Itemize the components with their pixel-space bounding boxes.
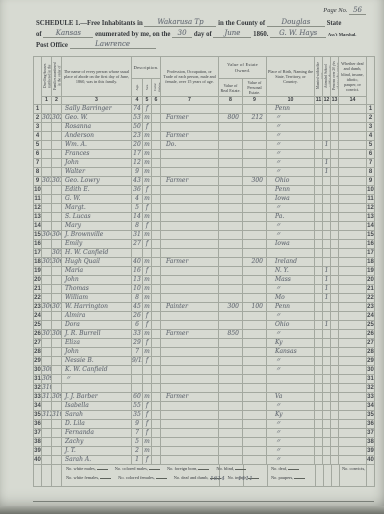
cell-cannot-read (331, 402, 339, 411)
cell-occupation: Painter (161, 303, 219, 312)
cell-birthplace: Penn (267, 303, 315, 312)
cell-occupation (161, 375, 219, 384)
cell-family-no (52, 276, 62, 285)
cell-cannot-read (331, 438, 339, 447)
cell-personal-estate (243, 105, 267, 114)
line-number: 23 (34, 303, 42, 312)
cell-cannot-read (331, 420, 339, 429)
cell-dwelling-no (42, 132, 52, 141)
cell-real-estate (219, 438, 243, 447)
col-header-cannot-read: Persons over 20 y'rs of age who cannot r… (331, 57, 339, 97)
cell-personal-estate (243, 195, 267, 204)
cell-sex: m (143, 438, 152, 447)
cell-age: 17 (132, 150, 143, 159)
cell-color (152, 123, 161, 132)
cell-cannot-read (331, 222, 339, 231)
cell-real-estate: 850 (219, 330, 243, 339)
cell-school (323, 231, 331, 240)
cell-dwelling-no (42, 429, 52, 438)
cell-family-no (52, 321, 62, 330)
cell-married (315, 411, 323, 420)
cell-married (315, 132, 323, 141)
cell-real-estate (219, 285, 243, 294)
cell-remarks (339, 240, 367, 249)
cell-family-no (52, 213, 62, 222)
cell-sex: m (143, 132, 152, 141)
table-row: 18 305 306 Hugh Quail 40 m Farmer 200 Ir… (34, 258, 375, 267)
cell-married (315, 339, 323, 348)
cell-birthplace: 〃 (267, 420, 315, 429)
table-row: 26 307 308 J. R. Burrell 33 m Farmer 850… (34, 330, 375, 339)
cell-sex: f (143, 456, 152, 465)
cell-personal-estate (243, 357, 267, 366)
cell-dwelling-no (42, 186, 52, 195)
cell-name: Zachy (62, 438, 132, 447)
column-number: 2 (52, 97, 62, 105)
line-number: 33 (34, 393, 42, 402)
col-header-school: Attended School within the year. (323, 57, 331, 97)
page-number-label: Page No. (323, 7, 347, 14)
cell-sex: m (143, 195, 152, 204)
line-number-right: 39 (367, 447, 375, 456)
page-number: Page No. 56 (323, 6, 366, 14)
cell-color (152, 447, 161, 456)
cell-personal-estate (243, 150, 267, 159)
cell-remarks (339, 339, 367, 348)
cell-birthplace: 〃 (267, 429, 315, 438)
cell-cannot-read (331, 294, 339, 303)
cell-dwelling-no (42, 168, 52, 177)
cell-cannot-read (331, 168, 339, 177)
cell-age: 13 (132, 276, 143, 285)
cell-dwelling-no (42, 294, 52, 303)
line-number-right: 12 (367, 204, 375, 213)
line-number: 22 (34, 294, 42, 303)
line-number-right: 15 (367, 231, 375, 240)
cell-married (315, 114, 323, 123)
cell-remarks (339, 177, 367, 186)
footer-stat: No. white females, (66, 475, 111, 480)
line-number: 17 (34, 249, 42, 258)
cell-color (152, 267, 161, 276)
cell-color (152, 159, 161, 168)
cell-occupation: Farmer (161, 177, 219, 186)
cell-birthplace: 〃 (267, 141, 315, 150)
cell-family-no (52, 186, 62, 195)
cell-age: 20 (132, 141, 143, 150)
line-number-right: 35 (367, 411, 375, 420)
cell-age: 10 (132, 285, 143, 294)
post-office-field: Lawrence (70, 40, 156, 49)
line-number: 16 (34, 240, 42, 249)
cell-dwelling-no: 312 (42, 411, 52, 420)
line-number-right: 27 (367, 339, 375, 348)
cell-real-estate (219, 348, 243, 357)
cell-married (315, 312, 323, 321)
cell-occupation (161, 240, 219, 249)
cell-color (152, 222, 161, 231)
cell-sex: f (143, 240, 152, 249)
cell-name: K. W. Canfield (62, 366, 132, 375)
cell-cannot-read (331, 258, 339, 267)
cell-cannot-read (331, 195, 339, 204)
cell-real-estate (219, 249, 243, 258)
cell-name: Eliza (62, 339, 132, 348)
cell-personal-estate (243, 339, 267, 348)
cell-married (315, 240, 323, 249)
cell-sex: m (143, 330, 152, 339)
cell-married (315, 348, 323, 357)
column-number: 1 (42, 97, 52, 105)
cell-remarks (339, 312, 367, 321)
line-number: 21 (34, 285, 42, 294)
census-table: Dwelling-houses numbered in the order of… (33, 56, 375, 487)
cell-sex: m (143, 348, 152, 357)
footer-row: No. white males,No. colored males,No. fo… (34, 465, 375, 487)
table-row: 13 S. Lucas 14 m Pa. 13 (34, 213, 375, 222)
cell-remarks (339, 132, 367, 141)
cell-remarks (339, 204, 367, 213)
cell-name: H. W. Canfield (62, 249, 132, 258)
column-number: 8 (219, 97, 243, 105)
cell-age: 29 (132, 339, 143, 348)
cell-color (152, 132, 161, 141)
table-row: 21 Thomas 10 m 〃 1 21 (34, 285, 375, 294)
line-number-header-left (34, 57, 42, 105)
cell-married (315, 276, 323, 285)
cell-family-no (52, 150, 62, 159)
cell-birthplace: Penn (267, 105, 315, 114)
cell-color (152, 150, 161, 159)
cell-married (315, 168, 323, 177)
cell-birthplace: Ky (267, 411, 315, 420)
cell-cannot-read (331, 105, 339, 114)
cell-color (152, 168, 161, 177)
table-row: 3 Rosanna 50 f 〃 3 (34, 123, 375, 132)
line-number-right: 14 (367, 222, 375, 231)
cell-occupation (161, 312, 219, 321)
cell-name: Frances (62, 150, 132, 159)
cell-birthplace (267, 384, 315, 393)
cell-remarks (339, 447, 367, 456)
cell-cannot-read (331, 141, 339, 150)
cell-remarks (339, 303, 367, 312)
cell-dwelling-no: 310 (42, 384, 52, 393)
cell-color (152, 114, 161, 123)
cell-personal-estate (243, 168, 267, 177)
cell-sex: m (143, 177, 152, 186)
col-header-real-estate: Value of Real Estate. (219, 79, 243, 97)
cell-dwelling-no (42, 123, 52, 132)
cell-cannot-read (331, 177, 339, 186)
table-row: 36 D. Lila 9 f 〃 36 (34, 420, 375, 429)
enumerated-label: enumerated by me, on the (95, 31, 170, 38)
col-header-personal-estate: Value of Personal Estate. (243, 79, 267, 97)
line-number: 24 (34, 312, 42, 321)
cell-age: 14 (132, 213, 143, 222)
cell-dwelling-no: 311 (42, 393, 52, 402)
cell-sex: f (143, 222, 152, 231)
cell-occupation (161, 213, 219, 222)
cell-age: 23 (132, 132, 143, 141)
table-row: 39 J. T. 2 m 〃 39 (34, 447, 375, 456)
cell-sex: f (143, 420, 152, 429)
cell-occupation (161, 294, 219, 303)
column-number: 3 (62, 97, 132, 105)
cell-age: 16 (132, 267, 143, 276)
cell-birthplace: 〃 (267, 150, 315, 159)
cell-birthplace: 〃 (267, 456, 315, 465)
cell-age: 60 (132, 393, 143, 402)
table-row: 33 311 309 J. J. Barber 60 m Farmer Va 3… (34, 393, 375, 402)
cell-occupation (161, 438, 219, 447)
cell-birthplace: Iowa (267, 195, 315, 204)
cell-remarks (339, 249, 367, 258)
census-rows: 1 Sally Barringer 74 f Penn 1 2 302 302 … (34, 105, 375, 465)
line-number-right: 19 (367, 267, 375, 276)
cell-occupation (161, 357, 219, 366)
cell-birthplace: Ohio (267, 321, 315, 330)
cell-birthplace: 〃 (267, 159, 315, 168)
cell-birthplace: Iowa (267, 240, 315, 249)
col-header-remarks: Whether deaf and dumb, blind, insane, id… (339, 57, 367, 97)
cell-dwelling-no: 307 (42, 330, 52, 339)
cell-cannot-read (331, 456, 339, 465)
of-label: of (36, 31, 42, 38)
line-number-right: 21 (367, 285, 375, 294)
line-number: 13 (34, 213, 42, 222)
line-number: 40 (34, 456, 42, 465)
cell-name: Emily (62, 240, 132, 249)
cell-cannot-read (331, 375, 339, 384)
cell-color (152, 186, 161, 195)
cell-color (152, 375, 161, 384)
cell-school (323, 375, 331, 384)
line-number: 2 (34, 114, 42, 123)
cell-real-estate (219, 456, 243, 465)
footer-total: 1614 (210, 476, 225, 482)
cell-birthplace (267, 249, 315, 258)
cell-family-no: 305 (52, 249, 62, 258)
line-number-right: 37 (367, 429, 375, 438)
cell-cannot-read (331, 447, 339, 456)
line-number-right: 30 (367, 366, 375, 375)
cell-real-estate (219, 393, 243, 402)
footer-blank (42, 465, 52, 487)
cell-remarks (339, 411, 367, 420)
cell-sex: m (143, 294, 152, 303)
cell-family-no: 304 (52, 231, 62, 240)
cell-real-estate (219, 240, 243, 249)
cell-dwelling-no (42, 438, 52, 447)
cell-sex: f (143, 411, 152, 420)
line-number: 29 (34, 357, 42, 366)
page-number-value: 56 (349, 6, 366, 15)
line-number-right: 24 (367, 312, 375, 321)
cell-occupation: Farmer (161, 258, 219, 267)
cell-married (315, 141, 323, 150)
line-number: 15 (34, 231, 42, 240)
cell-married (315, 330, 323, 339)
table-row: 23 306 307 W. Harrington 45 m Painter 30… (34, 303, 375, 312)
line-number-right: 13 (367, 213, 375, 222)
col-header-dwelling: Dwelling-houses numbered in the order of… (42, 57, 52, 97)
month-field: June (213, 29, 251, 38)
line-number-right: 34 (367, 402, 375, 411)
cell-color (152, 285, 161, 294)
cell-dwelling-no (42, 222, 52, 231)
cell-birthplace: Va (267, 393, 315, 402)
cell-remarks (339, 105, 367, 114)
cell-school (323, 357, 331, 366)
cell-age: 35 (132, 411, 143, 420)
table-row: 25 Dora 6 f Ohio 1 25 (34, 321, 375, 330)
cell-school (323, 393, 331, 402)
cell-occupation (161, 339, 219, 348)
footer-stat: No. blind, (216, 466, 246, 471)
cell-birthplace: Mo (267, 294, 315, 303)
cell-cannot-read (331, 285, 339, 294)
cell-sex: f (143, 267, 152, 276)
cell-age: 9 (132, 420, 143, 429)
cell-remarks (339, 141, 367, 150)
cell-married (315, 123, 323, 132)
cell-family-no (52, 375, 62, 384)
cell-personal-estate (243, 375, 267, 384)
cell-family-no (52, 420, 62, 429)
footer-stat: No. colored males, (115, 466, 160, 471)
line-number: 27 (34, 339, 42, 348)
cell-dwelling-no (42, 159, 52, 168)
line-number-right: 23 (367, 303, 375, 312)
line-number-right: 29 (367, 357, 375, 366)
cell-remarks (339, 402, 367, 411)
cell-sex: f (143, 186, 152, 195)
cell-age: 74 (132, 105, 143, 114)
cell-married (315, 258, 323, 267)
cell-dwelling-no: 309 (42, 375, 52, 384)
cell-age (132, 375, 143, 384)
cell-color (152, 393, 161, 402)
cell-personal-estate (243, 276, 267, 285)
cell-remarks (339, 285, 367, 294)
table-row: 11 G. W. 4 m Iowa 11 (34, 195, 375, 204)
cell-age: 4 (132, 195, 143, 204)
line-number: 36 (34, 420, 42, 429)
line-number: 18 (34, 258, 42, 267)
enumeration-line: of Kansas enumerated by me, on the 30 da… (36, 29, 376, 38)
cell-name: D. Lila (62, 420, 132, 429)
footer-stat: No. white males, (66, 466, 108, 471)
cell-birthplace: Mass (267, 276, 315, 285)
table-row: 17 305 H. W. Canfield 17 (34, 249, 375, 258)
state-field: Kansas (43, 29, 93, 38)
line-number-right: 3 (367, 123, 375, 132)
cell-personal-estate (243, 222, 267, 231)
cell-birthplace: 〃 (267, 312, 315, 321)
cell-occupation (161, 267, 219, 276)
col-header-birthplace: Place of Birth, Naming the State, Territ… (267, 57, 315, 97)
cell-sex: m (143, 447, 152, 456)
cell-age: 1 (132, 456, 143, 465)
cell-married (315, 222, 323, 231)
cell-birthplace: 〃 (267, 330, 315, 339)
cell-personal-estate (243, 231, 267, 240)
cell-married (315, 366, 323, 375)
cell-married (315, 267, 323, 276)
cell-school (323, 186, 331, 195)
cell-family-no (52, 123, 62, 132)
cell-dwelling-no (42, 285, 52, 294)
table-row: 20 John 13 m Mass 1 20 (34, 276, 375, 285)
cell-real-estate (219, 366, 243, 375)
cell-name: Hugh Quail (62, 258, 132, 267)
cell-married (315, 186, 323, 195)
cell-birthplace: 〃 (267, 402, 315, 411)
cell-dwelling-no (42, 267, 52, 276)
line-number: 14 (34, 222, 42, 231)
cell-remarks (339, 420, 367, 429)
cell-remarks (339, 321, 367, 330)
line-number: 28 (34, 348, 42, 357)
cell-married (315, 303, 323, 312)
cell-age: 2 (132, 447, 143, 456)
cell-school (323, 456, 331, 465)
cell-personal-estate (243, 141, 267, 150)
cell-name: Margt. (62, 204, 132, 213)
cell-real-estate (219, 267, 243, 276)
cell-occupation (161, 159, 219, 168)
cell-name (62, 384, 132, 393)
cell-family-no: 310 (52, 411, 62, 420)
cell-real-estate (219, 447, 243, 456)
cell-dwelling-no (42, 105, 52, 114)
cell-personal-estate (243, 438, 267, 447)
col-header-family: Families numbered in the order of visita… (52, 57, 62, 97)
cell-color (152, 303, 161, 312)
cell-cannot-read (331, 429, 339, 438)
cell-married (315, 321, 323, 330)
line-number-right: 20 (367, 276, 375, 285)
post-office-line: Post Office Lawrence (36, 40, 376, 49)
cell-dwelling-no (42, 420, 52, 429)
table-row: 31 309 〃 31 (34, 375, 375, 384)
cell-school (323, 150, 331, 159)
cell-personal-estate (243, 348, 267, 357)
cell-color (152, 384, 161, 393)
cell-real-estate: 300 (219, 303, 243, 312)
township-field: Wakarusa Tp (144, 18, 216, 27)
cell-married (315, 231, 323, 240)
line-number-right: 4 (367, 132, 375, 141)
cell-school: 1 (323, 285, 331, 294)
col-header-name: The name of every person whose usual pla… (62, 57, 132, 97)
footer-stat: No. colored females, (118, 475, 167, 480)
cell-family-no (52, 402, 62, 411)
cell-occupation (161, 384, 219, 393)
cell-personal-estate (243, 213, 267, 222)
cell-color (152, 348, 161, 357)
cell-color (152, 339, 161, 348)
cell-sex (143, 384, 152, 393)
cell-cannot-read (331, 330, 339, 339)
table-row: 40 Sarah A. 1 f 〃 40 (34, 456, 375, 465)
table-row: 12 Margt. 5 f 〃 12 (34, 204, 375, 213)
cell-name: Fernanda (62, 429, 132, 438)
cell-remarks (339, 186, 367, 195)
cell-school (323, 195, 331, 204)
cell-color (152, 366, 161, 375)
